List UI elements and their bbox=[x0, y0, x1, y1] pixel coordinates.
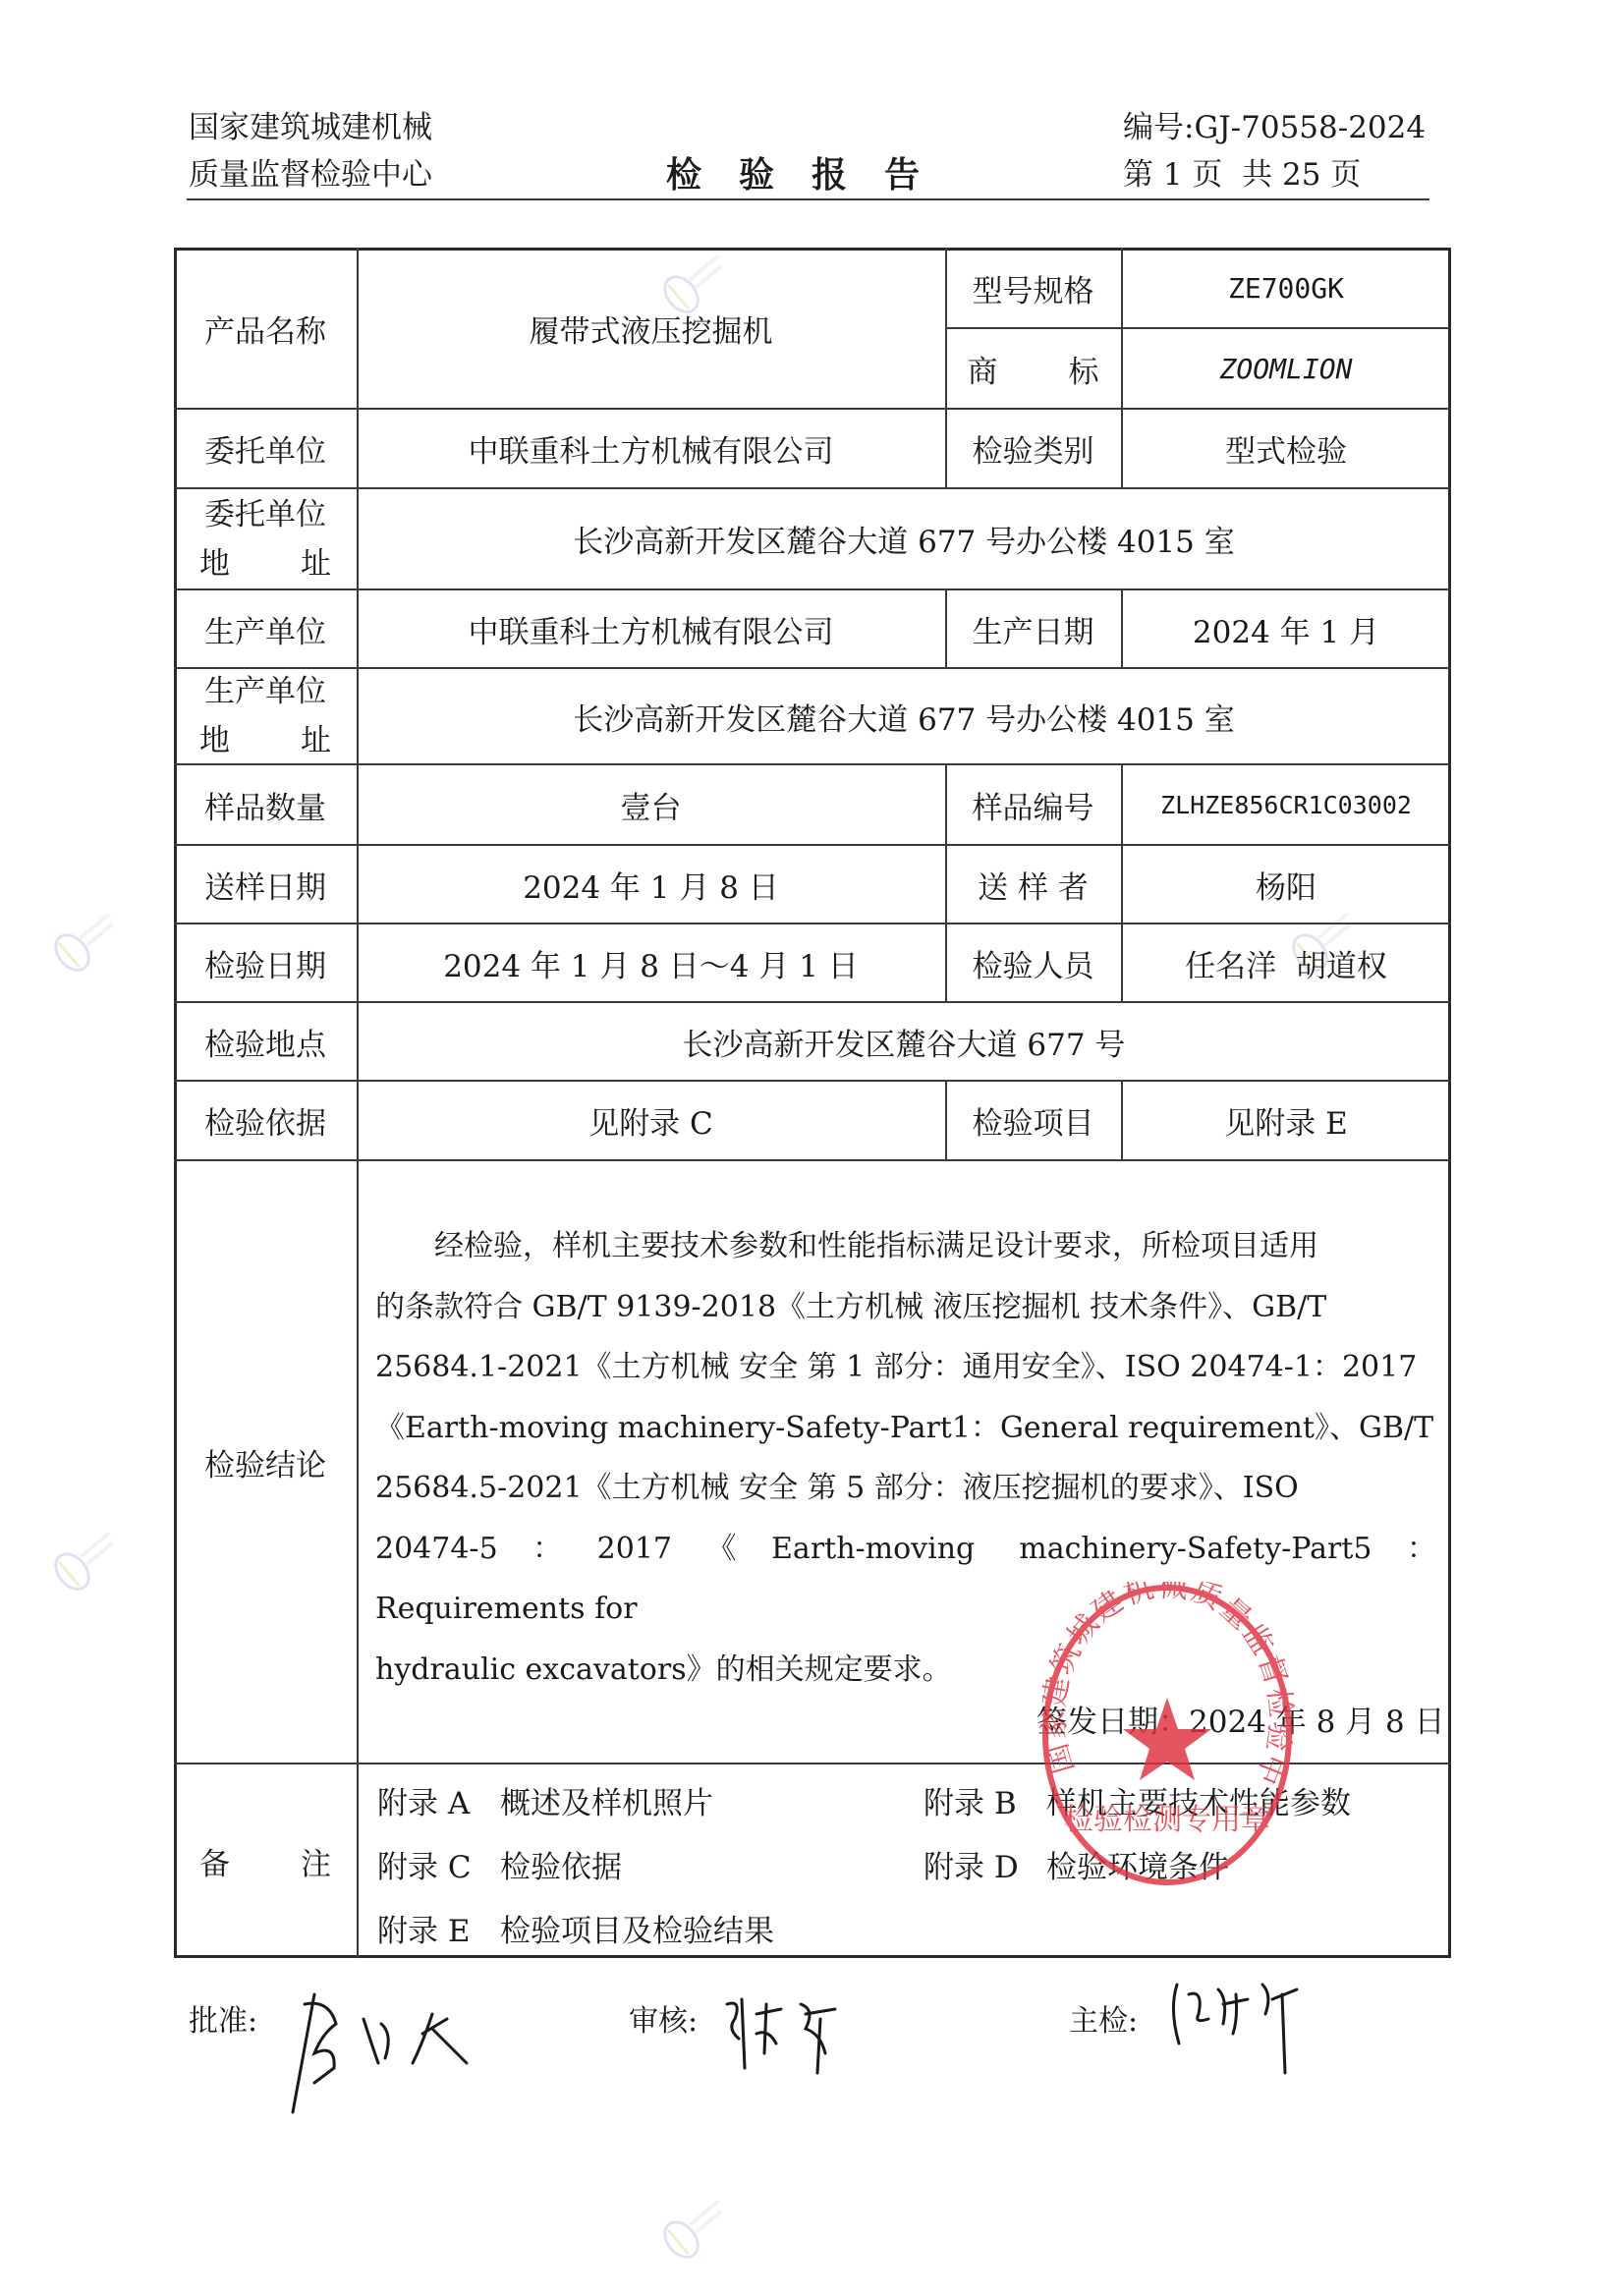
header-rule bbox=[187, 198, 1429, 200]
value-inspection-type: 型式检验 bbox=[1121, 409, 1451, 488]
value-client: 中联重科土方机械有限公司 bbox=[357, 409, 945, 488]
label-line: 委托单位 bbox=[199, 490, 331, 539]
label-char: 地 bbox=[199, 539, 230, 588]
value-location: 长沙高新开发区麓谷大道 677 号 bbox=[357, 1002, 1451, 1081]
label-char: 注 bbox=[301, 1839, 331, 1883]
watermark-logo bbox=[648, 2201, 737, 2264]
conclusion-line: 《Earth-moving machinery-Safety-Part1：Gen… bbox=[375, 1398, 1436, 1459]
reviewer-signature bbox=[707, 1975, 884, 2083]
label-brand-char: 商 bbox=[968, 347, 998, 391]
conclusion-line: 的条款符合 GB/T 9139-2018《土方机械 液压挖掘机 技术条件》、GB… bbox=[375, 1277, 1436, 1338]
value-product-name: 履带式液压挖掘机 bbox=[357, 248, 945, 409]
value-sample-qty: 壹台 bbox=[357, 764, 945, 845]
label-model: 型号规格 bbox=[945, 248, 1121, 328]
label-char: 址 bbox=[301, 539, 331, 588]
report-number-label: 编号: bbox=[1123, 110, 1194, 145]
label-brand: 商标 bbox=[945, 328, 1121, 409]
appendix-item: 附录 B样机主要技术性能参数 bbox=[924, 1778, 1351, 1822]
label-items: 检验项目 bbox=[945, 1081, 1121, 1160]
appendix-item: 附录 E检验项目及检验结果 bbox=[377, 1906, 774, 1950]
label-char: 址 bbox=[301, 716, 331, 765]
watermark-logo bbox=[39, 1533, 128, 1595]
issue-date: 签发日期：2024 年 8 月 8 日 bbox=[1036, 1697, 1445, 1741]
value-inspectors: 任名洋 胡道权 bbox=[1121, 924, 1451, 1002]
appendix-code: 附录 D bbox=[924, 1842, 1046, 1886]
value-sender: 杨阳 bbox=[1121, 845, 1451, 924]
approve-label: 批准: bbox=[189, 1996, 257, 2040]
label-remarks: 备注 bbox=[174, 1763, 357, 1958]
appendix-code: 附录 B bbox=[924, 1778, 1046, 1822]
value-brand: ZOOMLION bbox=[1121, 328, 1451, 409]
label-line: 生产单位 bbox=[199, 667, 331, 716]
watermark-logo bbox=[39, 914, 128, 977]
conclusion-line: 25684.5-2021《土方机械 安全 第 5 部分：液压挖掘机的要求》、IS… bbox=[375, 1458, 1436, 1519]
value-basis: 见附录 C bbox=[357, 1081, 945, 1160]
appendix-title: 检验环境条件 bbox=[1046, 1850, 1229, 1885]
label-location: 检验地点 bbox=[174, 1002, 357, 1081]
review-label: 审核: bbox=[629, 1996, 698, 2040]
appendix-title: 样机主要技术性能参数 bbox=[1046, 1786, 1351, 1821]
label-manufacturer-address: 生产单位 地址 bbox=[174, 668, 357, 764]
conclusion-line: 25684.1-2021《土方机械 安全 第 1 部分：通用安全》、ISO 20… bbox=[375, 1337, 1436, 1398]
appendix-code: 附录 E bbox=[377, 1906, 500, 1950]
chief-inspector-signature bbox=[1159, 1965, 1356, 2083]
value-manufacturer-address: 长沙高新开发区麓谷大道 677 号办公楼 4015 室 bbox=[357, 668, 1451, 764]
label-production-date: 生产日期 bbox=[945, 589, 1121, 668]
appendix-item: 附录 A概述及样机照片 bbox=[377, 1778, 713, 1822]
conclusion-line: 20474-5：2017《Earth-moving machinery-Safe… bbox=[375, 1519, 1436, 1640]
label-inspection-type: 检验类别 bbox=[945, 409, 1121, 488]
label-brand-char: 标 bbox=[1069, 347, 1099, 391]
appendix-code: 附录 C bbox=[377, 1842, 500, 1886]
value-delivery-date: 2024 年 1 月 8 日 bbox=[357, 845, 945, 924]
label-sample-no: 样品编号 bbox=[945, 764, 1121, 845]
value-manufacturer: 中联重科土方机械有限公司 bbox=[357, 589, 945, 668]
appendix-title: 检验依据 bbox=[500, 1850, 622, 1885]
report-number-value: GJ-70558-2024 bbox=[1194, 110, 1426, 145]
appendix-code: 附录 A bbox=[377, 1778, 500, 1822]
label-delivery-date: 送样日期 bbox=[174, 845, 357, 924]
label-sample-qty: 样品数量 bbox=[174, 764, 357, 845]
appendix-title: 检验项目及检验结果 bbox=[500, 1914, 774, 1949]
label-char: 地 bbox=[199, 716, 230, 765]
label-inspectors: 检验人员 bbox=[945, 924, 1121, 1002]
row-divider bbox=[174, 1763, 1451, 1764]
value-sample-no: ZLHZE856CR1C03002 bbox=[1121, 764, 1451, 845]
page-info: 第 1 页 共 25 页 bbox=[1123, 160, 1361, 191]
conclusion-line: 经检验，样机主要技术参数和性能指标满足设计要求，所检项目适用 bbox=[375, 1216, 1436, 1277]
value-production-date: 2024 年 1 月 bbox=[1121, 589, 1451, 668]
value-client-address: 长沙高新开发区麓谷大道 677 号办公楼 4015 室 bbox=[357, 488, 1451, 589]
label-client-address: 委托单位 地址 bbox=[174, 488, 357, 589]
chief-inspector-label: 主检: bbox=[1069, 1996, 1138, 2040]
conclusion-text: 经检验，样机主要技术参数和性能指标满足设计要求，所检项目适用 的条款符合 GB/… bbox=[375, 1216, 1436, 1700]
appendix-title: 概述及样机照片 bbox=[500, 1786, 713, 1821]
label-conclusion: 检验结论 bbox=[174, 1160, 357, 1763]
page-title: 检验报告 bbox=[666, 157, 957, 193]
label-char: 备 bbox=[199, 1839, 230, 1883]
report-number: 编号:GJ-70558-2024 bbox=[1123, 113, 1426, 143]
value-inspection-date: 2024 年 1 月 8 日～4 月 1 日 bbox=[357, 924, 945, 1002]
label-sender: 送 样 者 bbox=[945, 845, 1121, 924]
label-client: 委托单位 bbox=[174, 409, 357, 488]
org-name-line1: 国家建筑城建机械 bbox=[189, 113, 432, 143]
conclusion-line: hydraulic excavators》的相关规定要求。 bbox=[375, 1640, 1436, 1701]
approver-signature bbox=[275, 1975, 540, 2122]
org-name-line2: 质量监督检验中心 bbox=[189, 160, 432, 191]
appendix-item: 附录 C检验依据 bbox=[377, 1842, 622, 1886]
label-product-name: 产品名称 bbox=[174, 248, 357, 409]
label-manufacturer: 生产单位 bbox=[174, 589, 357, 668]
value-model: ZE700GK bbox=[1121, 248, 1451, 328]
value-items: 见附录 E bbox=[1121, 1081, 1451, 1160]
label-basis: 检验依据 bbox=[174, 1081, 357, 1160]
appendix-item: 附录 D检验环境条件 bbox=[924, 1842, 1229, 1886]
label-inspection-date: 检验日期 bbox=[174, 924, 357, 1002]
